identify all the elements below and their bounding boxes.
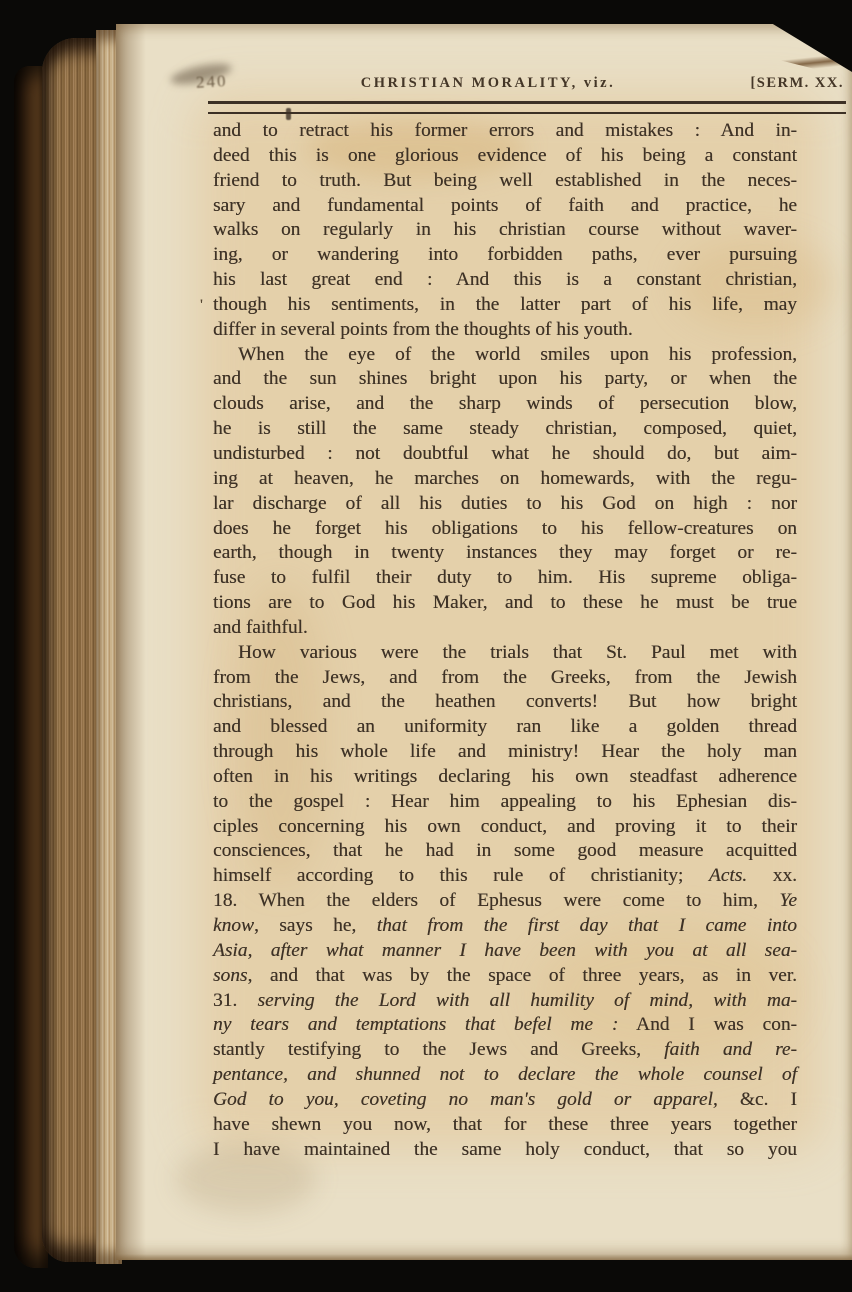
text-line: does he forget his obligations to his fe… xyxy=(213,517,797,542)
text-line: When the eye of the world smiles upon hi… xyxy=(213,343,797,368)
text-line: How various were the trials that St. Pau… xyxy=(213,641,797,666)
text-line: pentance, and shunned not to declare the… xyxy=(213,1063,797,1088)
text-line: God to you, coveting no man's gold or ap… xyxy=(213,1088,797,1113)
text-line: he is still the same steady christian, c… xyxy=(213,417,797,442)
text-line: ing, or wandering into forbidden paths, … xyxy=(213,243,797,268)
text-line: ny tears and temptations that befel me :… xyxy=(213,1013,797,1038)
body-text: and to retract his former errors and mis… xyxy=(213,119,797,1162)
text-line: to the gospel : Hear him appealing to hi… xyxy=(213,790,797,815)
text-line: ing at heaven, he marches on homewards, … xyxy=(213,467,797,492)
text-line: through his whole life and ministry! Hea… xyxy=(213,740,797,765)
text-line: consciences, that he had in some good me… xyxy=(213,839,797,864)
text-line: and the sun shines bright upon his party… xyxy=(213,367,797,392)
gutter-shadow xyxy=(116,24,146,1260)
text-line: from the Jews, and from the Greeks, from… xyxy=(213,666,797,691)
text-line: tions are to God his Maker, and to these… xyxy=(213,591,797,616)
sermon-number-label: [SERM. XX. xyxy=(712,75,844,92)
text-line: often in his writings declaring his own … xyxy=(213,765,797,790)
text-line: friend to truth. But being well establis… xyxy=(213,169,797,194)
text-line: sons, and that was by the space of three… xyxy=(213,964,797,989)
page-number-area: 240 xyxy=(168,72,264,92)
page-number: 240 xyxy=(195,71,228,93)
text-line: deed this is one glorious evidence of hi… xyxy=(213,144,797,169)
text-line: 18. When the elders of Ephesus were come… xyxy=(213,889,797,914)
text-line: stantly testifying to the Jews and Greek… xyxy=(213,1038,797,1063)
running-title: CHRISTIAN MORALITY, viz. xyxy=(264,75,712,92)
text-line: and blessed an uniformity ran like a gol… xyxy=(213,715,797,740)
marginal-mark: ' xyxy=(200,293,203,318)
text-line: I have maintained the same holy conduct,… xyxy=(213,1138,797,1163)
text-line: undisturbed : not doubtful what he shoul… xyxy=(213,442,797,467)
text-line: christians, and the heathen converts! Bu… xyxy=(213,690,797,715)
text-line: and to retract his former errors and mis… xyxy=(213,119,797,144)
text-line: know, says he, that from the first day t… xyxy=(213,914,797,939)
text-line: sary and fundamental points of faith and… xyxy=(213,194,797,219)
page-bottom-edge xyxy=(116,1254,852,1260)
text-line: fuse to fulfil their duty to him. His su… xyxy=(213,566,797,591)
text-line: walks on regularly in his christian cour… xyxy=(213,218,797,243)
text-line: ciples concerning his own conduct, and p… xyxy=(213,815,797,840)
text-line: Asia, after what manner I have been with… xyxy=(213,939,797,964)
text-line: and faithful. xyxy=(213,616,797,641)
text-line: 31. serving the Lord with all humility o… xyxy=(213,989,797,1014)
header-rule xyxy=(208,101,846,114)
text-line: earth, though in twenty instances they m… xyxy=(213,541,797,566)
text-line: himself according to this rule of christ… xyxy=(213,864,797,889)
text-line: have shewn you now, that for these three… xyxy=(213,1113,797,1138)
text-line: differ in several points from the though… xyxy=(213,318,797,343)
text-line: lar discharge of all his duties to his G… xyxy=(213,492,797,517)
book-page: 240 CHRISTIAN MORALITY, viz. [SERM. XX. … xyxy=(116,24,852,1260)
running-header: 240 CHRISTIAN MORALITY, viz. [SERM. XX. xyxy=(168,72,844,98)
book-photo: 240 CHRISTIAN MORALITY, viz. [SERM. XX. … xyxy=(0,0,852,1292)
text-line: 'though his sentiments, in the latter pa… xyxy=(213,293,797,318)
text-line: his last great end : And this is a const… xyxy=(213,268,797,293)
text-line: clouds arise, and the sharp winds of per… xyxy=(213,392,797,417)
